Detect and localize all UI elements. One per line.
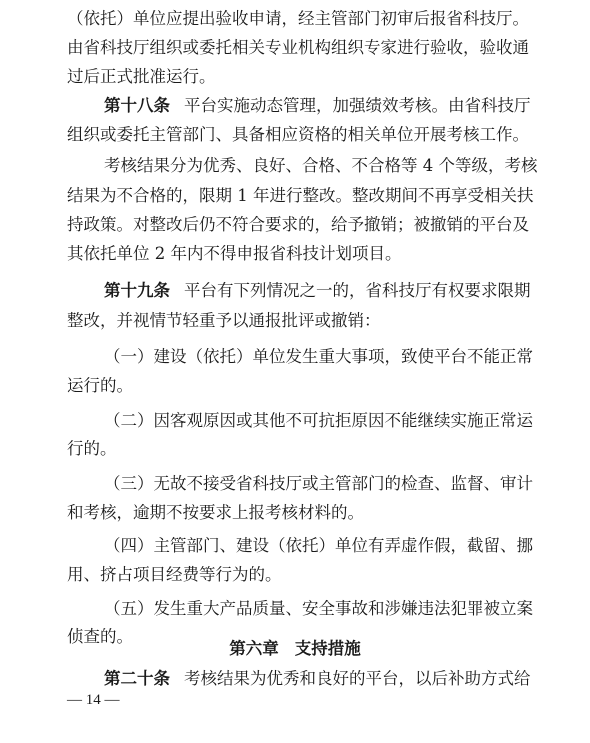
text-line: （依托）单位应提出验收申请，经主管部门初审后报省科技厅。 bbox=[67, 8, 511, 30]
text-line: 结果为不合格的，限期 1 年进行整改。整改期间不再享受相关扶 bbox=[67, 185, 511, 207]
article-text: 平台实施动态管理，加强绩效考核。由省科技厅 bbox=[184, 96, 531, 115]
text-line: 和考核，逾期不按要求上报考核材料的。 bbox=[67, 502, 511, 524]
list-item: （一）建设（依托）单位发生重大事项，致使平台不能正常 bbox=[104, 346, 511, 368]
chapter-number: 第六章 bbox=[229, 639, 279, 658]
chapter-title: 支持措施 bbox=[295, 639, 361, 658]
text-line: 整改，并视情节轻重予以通报批评或撤销： bbox=[67, 310, 511, 332]
text-line: 其依托单位 2 年内不得申报省科技计划项目。 bbox=[67, 243, 511, 265]
chapter-heading: 第六章支持措施 bbox=[0, 638, 590, 660]
article-19: 第十九条平台有下列情况之一的，省科技厅有权要求限期 bbox=[104, 280, 511, 302]
text-line: 行的。 bbox=[67, 438, 511, 460]
article-text: 平台有下列情况之一的，省科技厅有权要求限期 bbox=[184, 281, 531, 300]
text-line: 运行的。 bbox=[67, 375, 511, 397]
article-label: 第二十条 bbox=[104, 669, 170, 688]
text-line: 持政策。对整改后仍不符合要求的，给予撤销；被撤销的平台及 bbox=[67, 214, 511, 236]
text-line: 过后正式批准运行。 bbox=[67, 66, 511, 88]
article-text: 考核结果为优秀和良好的平台，以后补助方式给 bbox=[184, 669, 531, 688]
text-line: 用、挤占项目经费等行为的。 bbox=[67, 564, 511, 586]
text-line: 组织或委托主管部门、具备相应资格的相关单位开展考核工作。 bbox=[67, 124, 511, 146]
list-item: （四）主管部门、建设（依托）单位有弄虚作假，截留、挪 bbox=[104, 535, 511, 557]
text-line: 由省科技厅组织或委托相关专业机构组织专家进行验收，验收通 bbox=[67, 37, 511, 59]
article-label: 第十九条 bbox=[104, 281, 170, 300]
article-20: 第二十条考核结果为优秀和良好的平台，以后补助方式给 bbox=[104, 668, 511, 690]
list-item: （二）因客观原因或其他不可抗拒原因不能继续实施正常运 bbox=[104, 410, 511, 432]
text-line: 考核结果分为优秀、良好、合格、不合格等 4 个等级，考核 bbox=[104, 155, 511, 177]
list-item: （三）无故不接受省科技厅或主管部门的检查、监督、审计 bbox=[104, 473, 511, 495]
page-number: — 14 — bbox=[67, 690, 120, 710]
list-item: （五）发生重大产品质量、安全事故和涉嫌违法犯罪被立案 bbox=[104, 598, 511, 620]
article-18: 第十八条平台实施动态管理，加强绩效考核。由省科技厅 bbox=[104, 95, 511, 117]
article-label: 第十八条 bbox=[104, 96, 170, 115]
